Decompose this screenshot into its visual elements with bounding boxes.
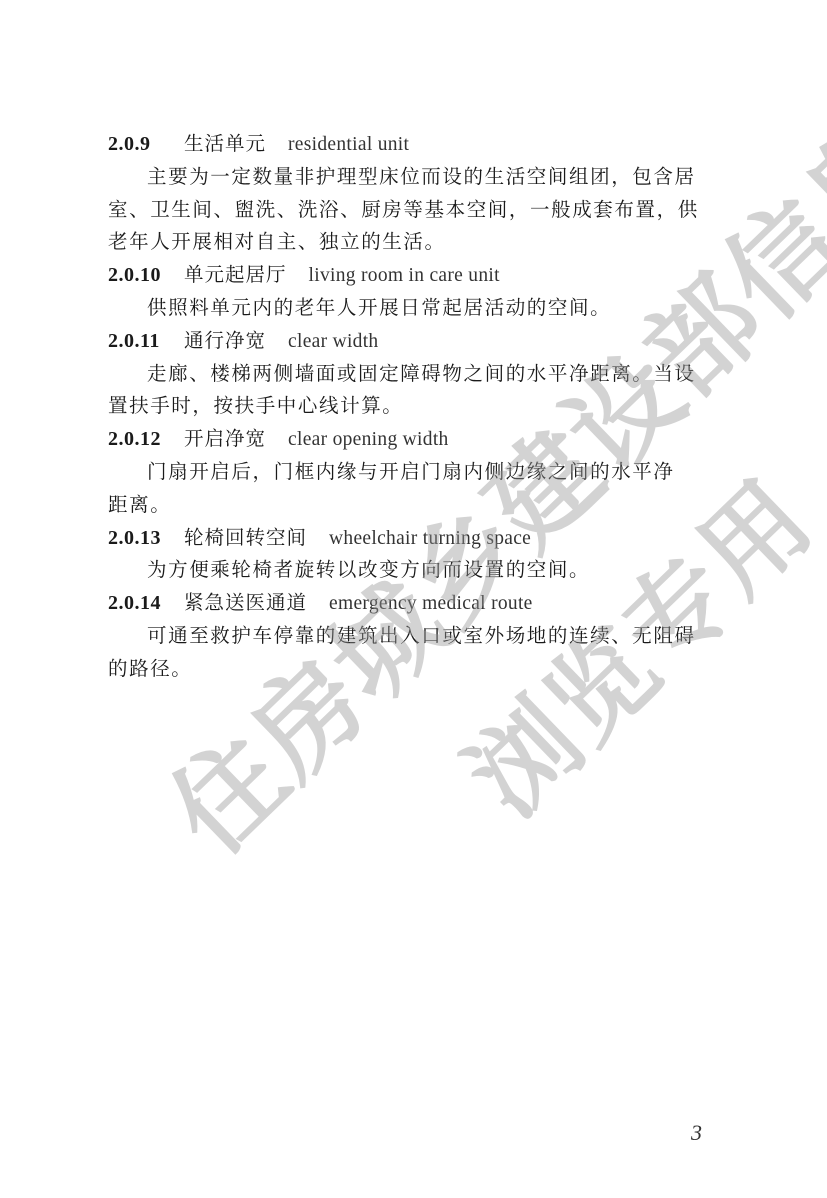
term-definition: 主要为一定数量非护理型床位而设的生活空间组团，包含居 室、卫生间、盥洗、洗浴、厨… xyxy=(108,161,720,259)
term-chinese: 轮椅回转空间 xyxy=(184,522,307,555)
term-entry-2-0-10: 2.0.10单元起居厅living room in care unit 供照料单… xyxy=(108,259,720,325)
term-english: clear width xyxy=(288,331,378,352)
term-definition: 为方便乘轮椅者旋转以改变方向而设置的空间。 xyxy=(108,554,720,587)
term-english: living room in care unit xyxy=(309,265,500,286)
term-heading: 2.0.10单元起居厅living room in care unit xyxy=(108,259,720,292)
definition-line: 可通至救护车停靠的建筑出入口或室外场地的连续、无阻碍 xyxy=(108,620,720,653)
term-entry-2-0-9: 2.0.9生活单元residential unit 主要为一定数量非护理型床位而… xyxy=(108,128,720,259)
term-chinese: 紧急送医通道 xyxy=(184,587,307,620)
definition-line: 室、卫生间、盥洗、洗浴、厨房等基本空间，一般成套布置，供 xyxy=(108,194,720,227)
definition-line: 距离。 xyxy=(108,489,720,522)
term-definition: 供照料单元内的老年人开展日常起居活动的空间。 xyxy=(108,292,720,325)
term-english: residential unit xyxy=(288,134,409,155)
term-heading: 2.0.11通行净宽clear width xyxy=(108,325,720,358)
term-number: 2.0.12 xyxy=(108,423,184,456)
term-chinese: 通行净宽 xyxy=(184,325,266,358)
term-heading: 2.0.14紧急送医通道emergency medical route xyxy=(108,587,720,620)
term-chinese: 单元起居厅 xyxy=(184,259,287,292)
definition-line: 门扇开启后，门框内缘与开启门扇内侧边缘之间的水平净 xyxy=(108,456,720,489)
term-heading: 2.0.9生活单元residential unit xyxy=(108,128,720,161)
term-english: clear opening width xyxy=(288,429,449,450)
term-entry-2-0-14: 2.0.14紧急送医通道emergency medical route 可通至救… xyxy=(108,587,720,685)
term-definition: 可通至救护车停靠的建筑出入口或室外场地的连续、无阻碍 的路径。 xyxy=(108,620,720,686)
definition-line: 走廊、楼梯两侧墙面或固定障碍物之间的水平净距离。当设 xyxy=(108,358,720,391)
term-number: 2.0.13 xyxy=(108,522,184,555)
page-number: 3 xyxy=(691,1120,702,1146)
term-english: wheelchair turning space xyxy=(329,528,531,549)
term-entry-2-0-13: 2.0.13轮椅回转空间wheelchair turning space 为方便… xyxy=(108,522,720,588)
term-number: 2.0.9 xyxy=(108,128,184,161)
term-number: 2.0.10 xyxy=(108,259,184,292)
definition-line: 主要为一定数量非护理型床位而设的生活空间组团，包含居 xyxy=(108,161,720,194)
term-number: 2.0.11 xyxy=(108,325,184,358)
definition-line: 为方便乘轮椅者旋转以改变方向而设置的空间。 xyxy=(108,554,720,587)
term-entry-2-0-12: 2.0.12开启净宽clear opening width 门扇开启后，门框内缘… xyxy=(108,423,720,521)
term-entry-2-0-11: 2.0.11通行净宽clear width 走廊、楼梯两侧墙面或固定障碍物之间的… xyxy=(108,325,720,423)
term-heading: 2.0.12开启净宽clear opening width xyxy=(108,423,720,456)
term-chinese: 开启净宽 xyxy=(184,423,266,456)
definition-line: 置扶手时，按扶手中心线计算。 xyxy=(108,390,720,423)
term-definition: 走廊、楼梯两侧墙面或固定障碍物之间的水平净距离。当设 置扶手时，按扶手中心线计算… xyxy=(108,358,720,424)
term-chinese: 生活单元 xyxy=(184,128,266,161)
terms-section: 2.0.9生活单元residential unit 主要为一定数量非护理型床位而… xyxy=(108,128,720,686)
term-number: 2.0.14 xyxy=(108,587,184,620)
definition-line: 老年人开展相对自主、独立的生活。 xyxy=(108,226,720,259)
term-heading: 2.0.13轮椅回转空间wheelchair turning space xyxy=(108,522,720,555)
document-page: 2.0.9生活单元residential unit 主要为一定数量非护理型床位而… xyxy=(0,0,827,1198)
definition-line: 的路径。 xyxy=(108,653,720,686)
definition-line: 供照料单元内的老年人开展日常起居活动的空间。 xyxy=(108,292,720,325)
term-definition: 门扇开启后，门框内缘与开启门扇内侧边缘之间的水平净 距离。 xyxy=(108,456,720,522)
term-english: emergency medical route xyxy=(329,593,533,614)
